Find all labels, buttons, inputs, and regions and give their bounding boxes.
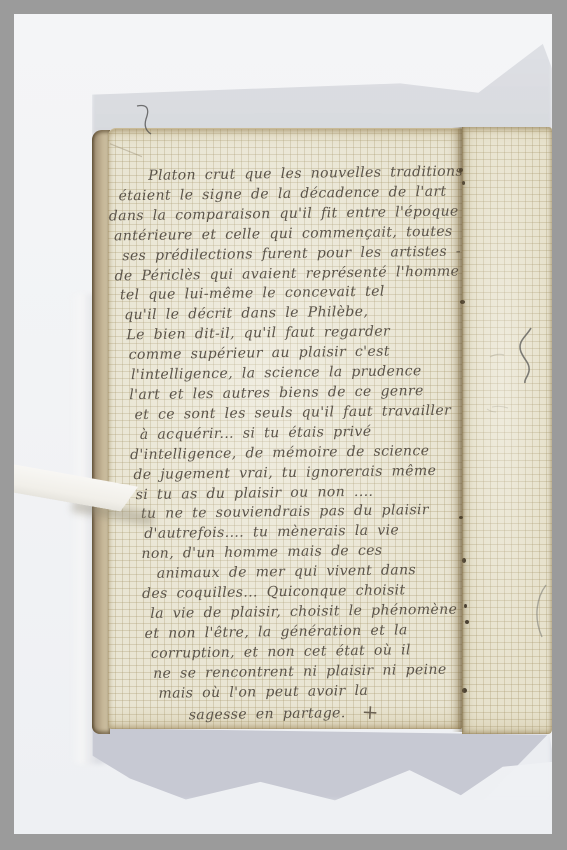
gutter-crease [452,127,465,732]
handwriting-line-text: sagesse en partage. [189,706,346,724]
ink-speck [465,620,469,624]
pencil-sketch [462,127,552,734]
paper-crease-mark [110,142,142,158]
loose-thread [129,100,163,140]
cross-mark: + [361,703,379,724]
notebook-page-right [462,127,552,734]
handwriting-block: Platon crut que les nouvelles traditions… [104,163,466,728]
notebook: Platon crut que les nouvelles traditions… [92,126,552,738]
photo-frame: Platon crut que les nouvelles traditions… [0,0,567,850]
notebook-page-left: Platon crut que les nouvelles traditions… [108,128,462,729]
photograph: Platon crut que les nouvelles traditions… [14,14,552,834]
handwriting-line: sagesse en partage.+ [189,700,466,727]
